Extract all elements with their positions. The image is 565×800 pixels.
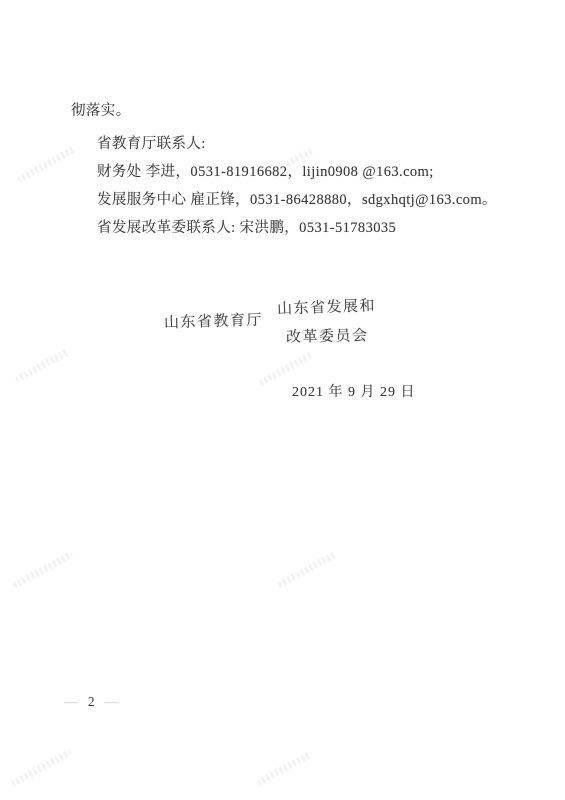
signature-right-org-line1: 山东省发展和	[277, 294, 377, 318]
scan-artifact	[278, 551, 336, 588]
signature-left-org: 山东省教育厅	[164, 309, 264, 333]
page-number-left-dash: —	[64, 694, 79, 709]
scan-artifact	[11, 749, 72, 787]
contact-heading-education-dept: 省教育厅联系人:	[97, 132, 206, 153]
page-number-value: 2	[83, 694, 101, 709]
scanned-document-page: 彻落实。 省教育厅联系人: 财务处 李进，0531-81916682，lijin…	[0, 0, 565, 800]
page-number-right-dash: —	[105, 694, 120, 709]
scan-artifact	[257, 751, 313, 786]
page-number: — 2 —	[64, 694, 120, 710]
contact-line-development-reform-commission: 省发展改革委联系人: 宋洪鹏，0531-51783035	[97, 216, 396, 237]
contact-line-finance-office: 财务处 李进，0531-81916682，lijin0908 @163.com;	[97, 160, 434, 181]
contact-line-development-service-center: 发展服务中心 雇正锋，0531-86428880，sdgxhqtj@163.co…	[97, 188, 497, 209]
scan-artifact	[13, 551, 74, 589]
paragraph-continuation-line: 彻落实。	[71, 99, 131, 120]
signature-right-org-line2: 改革委员会	[286, 324, 369, 347]
scan-artifact	[17, 146, 76, 183]
scan-artifact	[15, 349, 69, 383]
document-date: 2021 年 9 月 29 日	[292, 381, 416, 401]
